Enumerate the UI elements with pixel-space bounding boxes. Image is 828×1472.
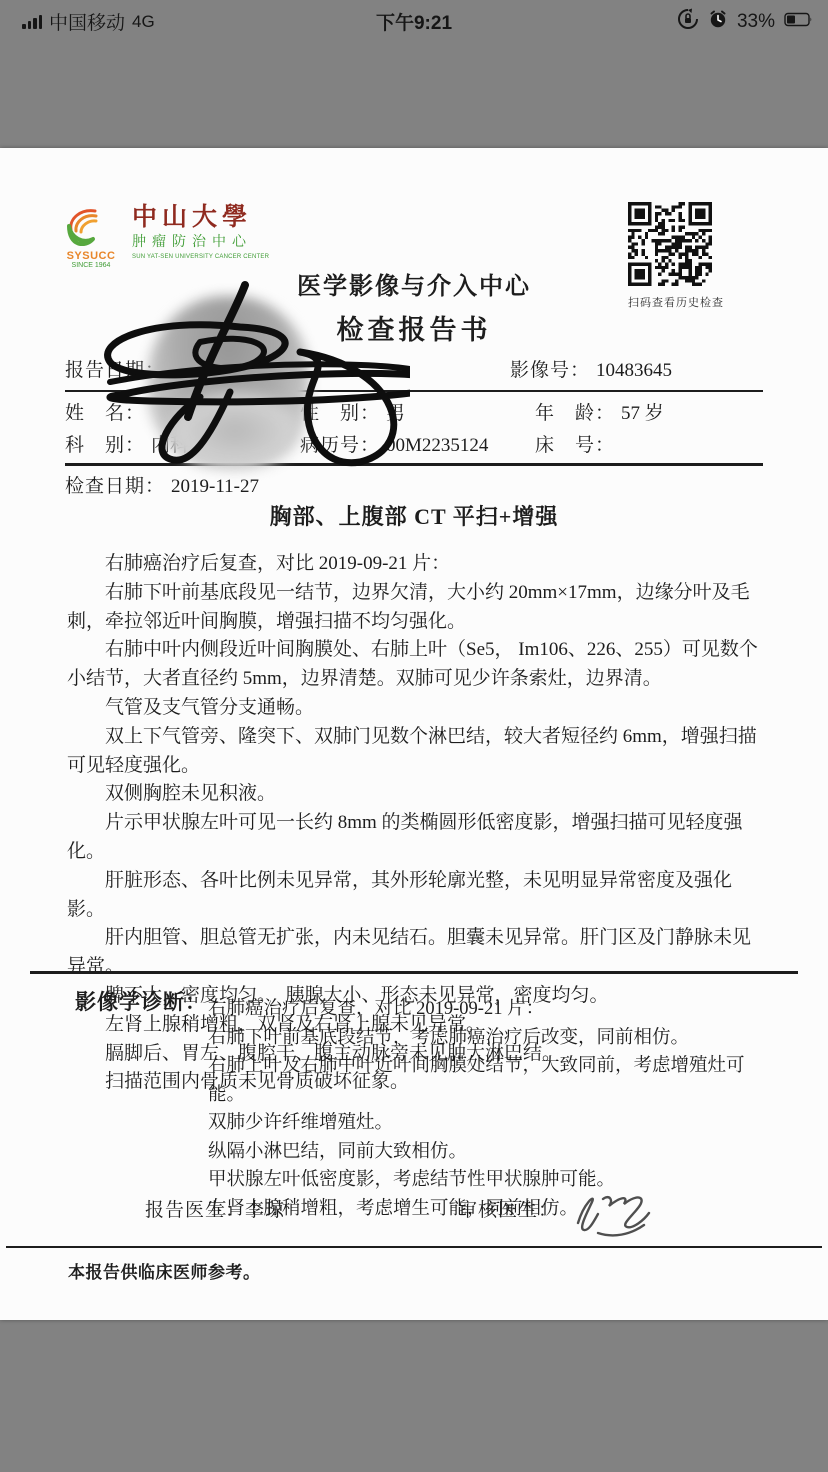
finding-line: 片示甲状腺左叶可见一长约 8mm 的类椭圆形低密度影，增强扫描可见轻度强化。 bbox=[67, 809, 763, 867]
org-subname-cn: 肿瘤防治中心 bbox=[132, 233, 269, 253]
battery-icon bbox=[784, 11, 814, 33]
report-doctor: 报告医生：李琼 bbox=[145, 1195, 285, 1222]
diagnosis-line: 右肺癌治疗后复查，对比 2019-09-21 片： bbox=[208, 995, 778, 1024]
report-doctor-label: 报告医生： bbox=[145, 1200, 245, 1221]
hospital-logo: SYSUCC SINCE 1964 中山大學 肿瘤防治中心 SUN YAT-SE… bbox=[60, 204, 269, 270]
logo-abbr: SYSUCC bbox=[60, 251, 122, 261]
org-name-cn: 中山大學 bbox=[132, 204, 269, 231]
battery-percent-label: 33% bbox=[737, 11, 775, 33]
logo-swirl-icon bbox=[63, 204, 119, 246]
org-name-en: SUN YAT-SEN UNIVERSITY CANCER CENTER bbox=[132, 253, 269, 261]
alarm-clock-icon bbox=[708, 9, 728, 35]
diagnosis-line: 右肺上叶及右肺中叶近叶间胸膜处结节，大致同前，考虑增殖灶可能。 bbox=[208, 1052, 778, 1109]
image-no-value: 10483645 bbox=[596, 360, 672, 381]
finding-line: 右肺中叶内侧段近叶间胸膜处、右肺上叶（Se5， Im106、226、255）可见… bbox=[67, 636, 763, 694]
diagnosis-line: 纵隔小淋巴结，同前大致相仿。 bbox=[208, 1138, 778, 1167]
review-doctor: 审核医生： bbox=[458, 1195, 558, 1222]
finding-line: 气管及支气管分支通畅。 bbox=[67, 694, 763, 723]
bed-label: 床 号： bbox=[535, 435, 615, 456]
review-doctor-signature bbox=[568, 1183, 663, 1246]
diagnosis-label: 影像学诊断： bbox=[75, 986, 207, 1016]
diagnosis-line: 右肺下叶前基底段结节，考虑肺癌治疗后改变，同前相仿。 bbox=[208, 1024, 778, 1053]
diagnosis-line: 双肺少许纤维增殖灶。 bbox=[208, 1109, 778, 1138]
finding-line: 双侧胸腔未见积液。 bbox=[67, 780, 763, 809]
finding-line: 双上下气管旁、隆突下、双肺门见数个淋巴结，较大者短径约 6mm，增强扫描可见轻度… bbox=[67, 723, 763, 781]
finding-line: 肝脏形态、各叶比例未见异常，其外形轮廓光整，未见明显异常密度及强化影。 bbox=[67, 867, 763, 925]
age-label: 年 龄： bbox=[535, 403, 615, 424]
footer-divider bbox=[6, 1246, 822, 1248]
footer-note: 本报告供临床医师参考。 bbox=[68, 1258, 261, 1283]
finding-line: 右肺下叶前基底段见一结节，边界欠清，大小约 20mm×17mm，边缘分叶及毛刺，… bbox=[67, 579, 763, 637]
diagnosis-line: 甲状腺左叶低密度影，考虑结节性甲状腺肿可能。 bbox=[208, 1166, 778, 1195]
diagnosis-divider bbox=[30, 971, 798, 974]
diagnosis-section: 右肺癌治疗后复查，对比 2019-09-21 片：右肺下叶前基底段结节，考虑肺癌… bbox=[208, 995, 778, 1223]
ios-status-bar: 中国移动 4G 下午9:21 33% bbox=[0, 0, 828, 44]
pen-scribble bbox=[80, 272, 410, 492]
report-doctor-value: 李琼 bbox=[245, 1200, 285, 1221]
exam-title: 胸部、上腹部 CT 平扫+增强 bbox=[0, 500, 828, 531]
orientation-lock-icon bbox=[677, 8, 699, 36]
age-value: 57 岁 bbox=[621, 403, 664, 424]
finding-line: 右肺癌治疗后复查，对比 2019-09-21 片： bbox=[67, 550, 763, 579]
review-doctor-label: 审核医生： bbox=[458, 1200, 558, 1221]
image-no-label: 影像号： bbox=[510, 360, 590, 381]
